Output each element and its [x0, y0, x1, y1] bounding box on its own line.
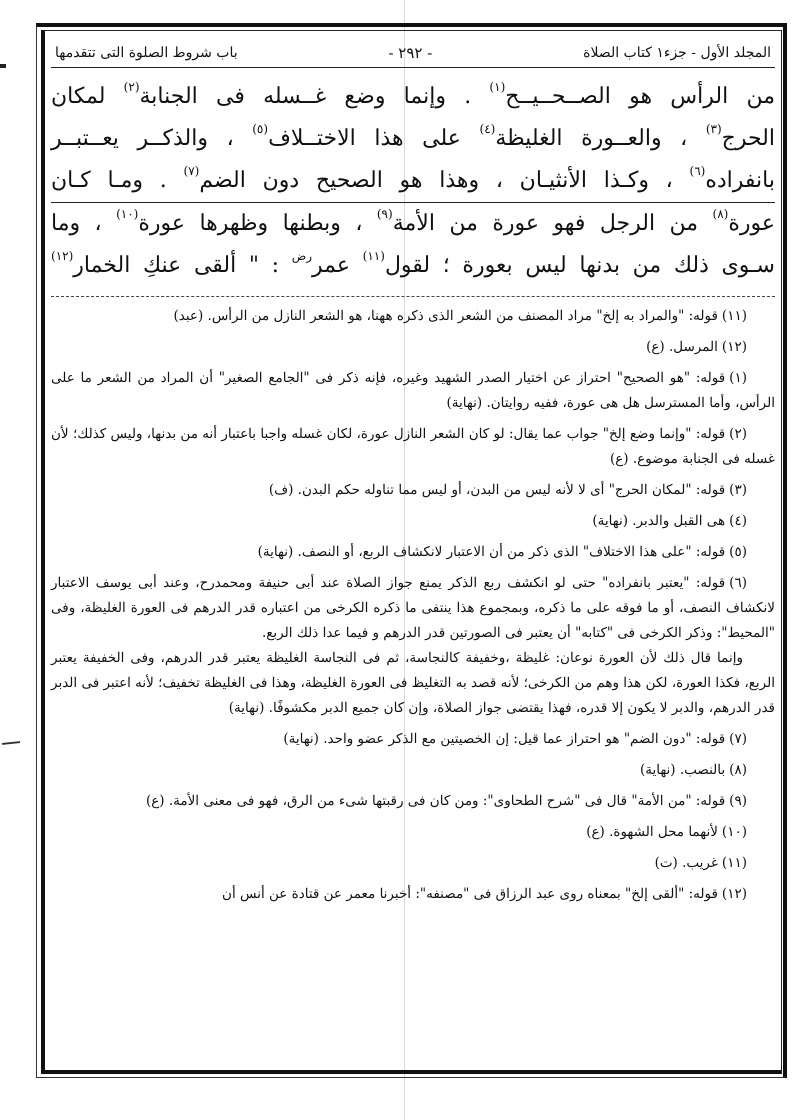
footnote-text: وإنما قال ذلك لأن العورة نوعان: غليظة ،و… — [51, 650, 775, 716]
footnote-number: (٣) — [729, 482, 747, 498]
footnote-number: (٨) — [729, 762, 747, 778]
honorific-mark: رض — [292, 249, 312, 263]
footnote-number: (١) — [729, 370, 747, 386]
footnote-text: غريب. (ت) — [655, 855, 718, 871]
footnote: (٩)قوله: "من الأمة" قال فى "شرح الطحاوى"… — [51, 789, 775, 814]
main-text-line: بانفراده(٦) ، وكـذا الأنثيـان ، وهذا هو … — [51, 160, 775, 203]
footnote-text: لأنهما محل الشهوة. (ع) — [586, 824, 718, 840]
footnote: (٧)قوله: "دون الضم" هو احتراز عما قيل: إ… — [51, 727, 775, 752]
footnote-number: (٢) — [729, 426, 747, 442]
footnote-ref[interactable]: (١٢) — [51, 249, 73, 263]
footnote: (١)قوله: "هو الصحيح" احتراز عن اختيار ال… — [51, 366, 775, 416]
footnotes-section: (١١)قوله: "والمراد به إلخ" مراد المصنف م… — [51, 304, 775, 913]
footnote: (٦)قوله: "يعتبر بانفراده" حتى لو انكشف ر… — [51, 571, 775, 646]
main-text: من الرأس هو الصــحــيــح(١) . وإنما وضع … — [51, 76, 775, 287]
running-header: المجلد الأول - جزء١ كتاب الصلاة - ٢٩٢ - … — [51, 42, 775, 68]
footnote-ref[interactable]: (٥) — [252, 122, 268, 136]
header-volume-chapter: المجلد الأول - جزء١ كتاب الصلاة — [583, 45, 771, 61]
footnote: (١١)قوله: "والمراد به إلخ" مراد المصنف م… — [51, 304, 775, 329]
footnote-ref[interactable]: (٦) — [690, 164, 706, 178]
footnote-number: (١٢) — [722, 339, 747, 355]
footnote-number: (٧) — [729, 731, 747, 747]
main-text-line: من الرأس هو الصــحــيــح(١) . وإنما وضع … — [51, 76, 775, 118]
footnote-number: (١١) — [722, 855, 747, 871]
footnote-ref[interactable]: (٧) — [184, 164, 200, 178]
footnote: (١١)غريب. (ت) — [51, 851, 775, 876]
footnote-number: (١٢) — [722, 886, 747, 902]
footnote: (٣)قوله: "لمكان الحرج" أى لا لأنه ليس من… — [51, 478, 775, 503]
header-section-title: باب شروط الصلوة التى تتقدمها — [55, 45, 238, 61]
main-text-line: عورة(٨) من الرجل فهو عورة من الأمة(٩) ، … — [51, 203, 775, 245]
footnote-number: (١٠) — [722, 824, 747, 840]
footnote-number: (٤) — [729, 513, 747, 529]
book-page: المجلد الأول - جزء١ كتاب الصلاة - ٢٩٢ - … — [47, 34, 777, 1068]
footnote-number: (١١) — [722, 308, 747, 324]
footnote-text: قوله: "هو الصحيح" احتراز عن اختيار الصدر… — [51, 370, 775, 411]
footnote-number: (٥) — [729, 544, 747, 560]
footnote-number: (٦) — [729, 575, 747, 591]
footnote-ref[interactable]: (١٠) — [116, 207, 138, 221]
footnote: (١٢)المرسل. (ع) — [51, 335, 775, 360]
footnote-text: قوله: "والمراد به إلخ" مراد المصنف من ال… — [174, 308, 718, 324]
footnote-ref[interactable]: (٩) — [377, 207, 393, 221]
footnote-text: هى القبل والدبر. (نهاية) — [592, 513, 725, 529]
footnote: (١٢)قوله: "ألقى إلخ" بمعناه روى عبد الرز… — [51, 882, 775, 907]
footnote-continuation: وإنما قال ذلك لأن العورة نوعان: غليظة ،و… — [51, 646, 775, 721]
footnote-ref[interactable]: (٨) — [713, 207, 729, 221]
footnote: (٥)قوله: "على هذا الاختلاف" الذى ذكر من … — [51, 540, 775, 565]
footnote-ref[interactable]: (١) — [489, 80, 505, 94]
footnote-text: قوله: "وإنما وضع إلخ" جواب عما يقال: لو … — [51, 426, 775, 467]
footnote-divider — [51, 296, 775, 297]
footnote: (٢)قوله: "وإنما وضع إلخ" جواب عما يقال: … — [51, 422, 775, 472]
footnote-text: قوله: "من الأمة" قال فى "شرح الطحاوى": و… — [146, 793, 725, 809]
scan-edge-mark — [2, 741, 20, 745]
footnote-ref[interactable]: (٢) — [124, 80, 140, 94]
main-text-line: سـوى ذلك من بدنها ليس بعورة ؛ لقول(١١) ع… — [51, 245, 775, 287]
scan-edge-mark — [0, 64, 6, 68]
main-text-line: الحرج(٣) ، والعــورة الغليظة(٤) على هذا … — [51, 118, 775, 160]
footnote-text: بالنصب. (نهاية) — [640, 762, 725, 778]
footnote-ref[interactable]: (٤) — [480, 122, 496, 136]
footnote-text: المرسل. (ع) — [646, 339, 718, 355]
footnote-ref[interactable]: (١١) — [363, 249, 385, 263]
footnote: (٤)هى القبل والدبر. (نهاية) — [51, 509, 775, 534]
footnote-number: (٩) — [729, 793, 747, 809]
footnote: (٨)بالنصب. (نهاية) — [51, 758, 775, 783]
page-number: - ٢٩٢ - — [388, 44, 432, 62]
footnote-ref[interactable]: (٣) — [706, 122, 722, 136]
footnote: (١٠)لأنهما محل الشهوة. (ع) — [51, 820, 775, 845]
footnote-text: قوله: "يعتبر بانفراده" حتى لو انكشف ربع … — [51, 575, 775, 641]
footnote-text: قوله: "دون الضم" هو احتراز عما قيل: إن ا… — [283, 731, 725, 747]
footnote-text: قوله: "ألقى إلخ" بمعناه روى عبد الرزاق ف… — [222, 886, 718, 902]
footnote-text: قوله: "على هذا الاختلاف" الذى ذكر من أن … — [258, 544, 726, 560]
footnote-text: قوله: "لمكان الحرج" أى لا لأنه ليس من ال… — [269, 482, 725, 498]
